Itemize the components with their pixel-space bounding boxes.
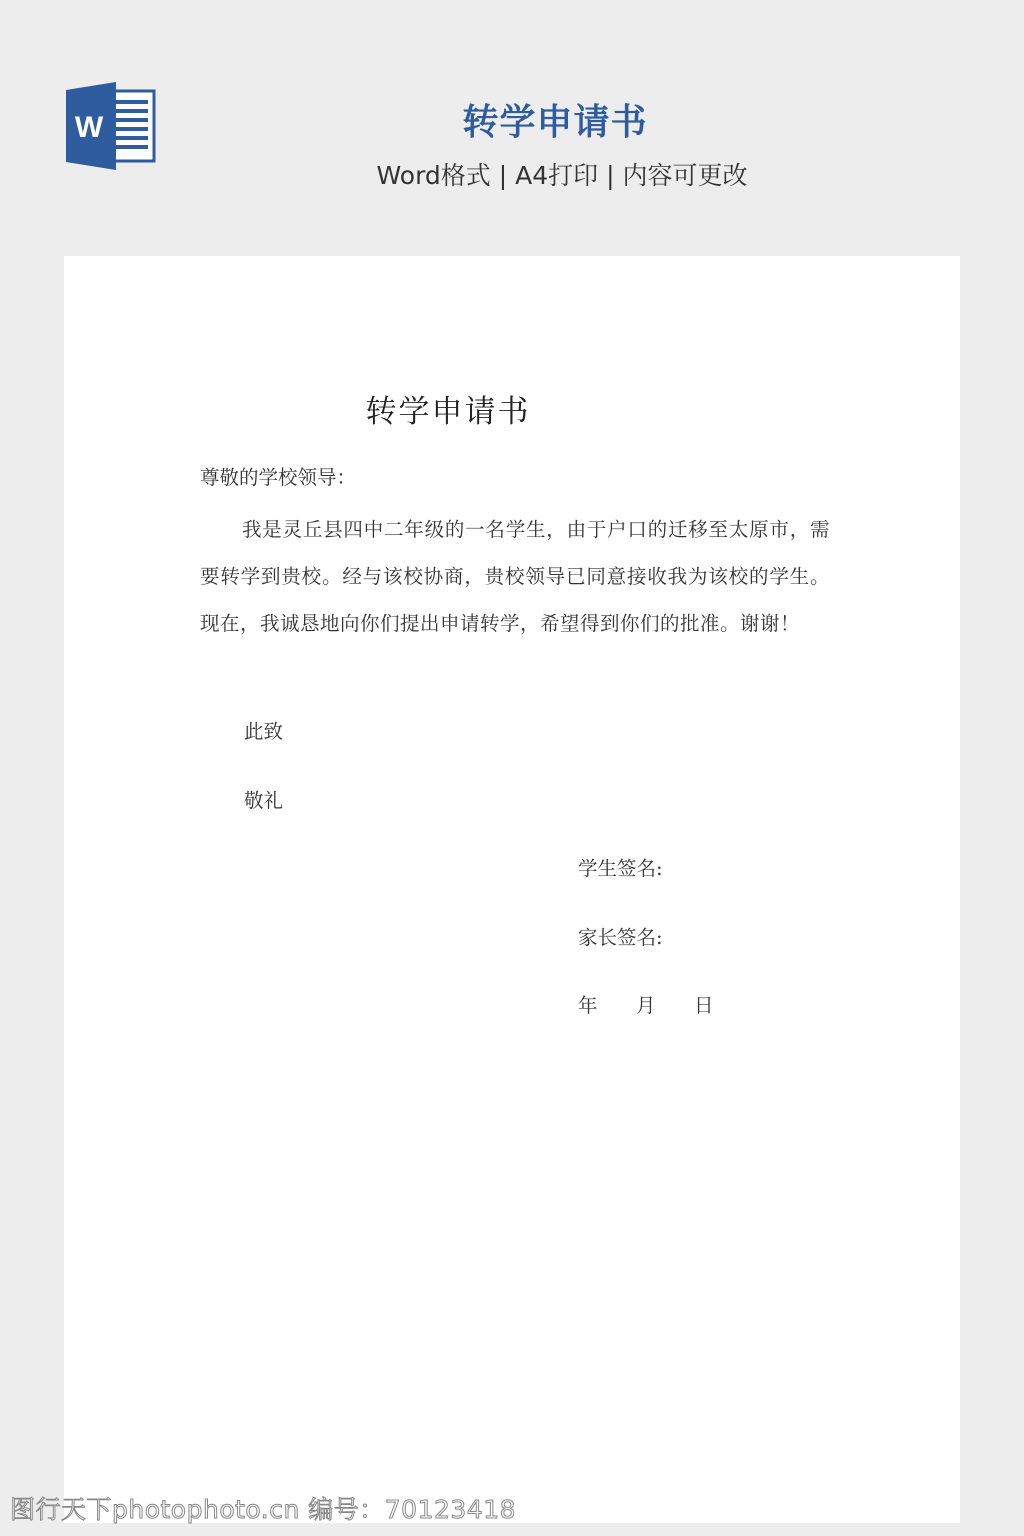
parent-signature-label: 家长签名: — [578, 922, 663, 950]
document-page — [64, 256, 960, 1523]
banner-subtitle: Word格式 | A4打印 | 内容可更改 — [0, 156, 1024, 192]
banner-title: 转学申请书 — [0, 94, 1024, 145]
day-label: 日 — [694, 990, 714, 1018]
body-paragraph: 我是灵丘县四中二年级的一名学生，由于户口的迁移至太原市，需要转学到贵校。经与该校… — [200, 506, 830, 647]
salutation: 尊敬的学校领导： — [200, 462, 356, 490]
document-title: 转学申请书 — [0, 386, 896, 431]
closing-jingli: 敬礼 — [244, 785, 283, 813]
date-line: 年月日 — [578, 990, 714, 1018]
watermark: 图行天下photophoto.cn 编号：70123418 — [10, 1490, 516, 1526]
month-label: 月 — [636, 990, 694, 1018]
year-label: 年 — [578, 990, 636, 1018]
closing-cizhi: 此致 — [244, 716, 283, 744]
student-signature-label: 学生签名: — [578, 853, 663, 881]
